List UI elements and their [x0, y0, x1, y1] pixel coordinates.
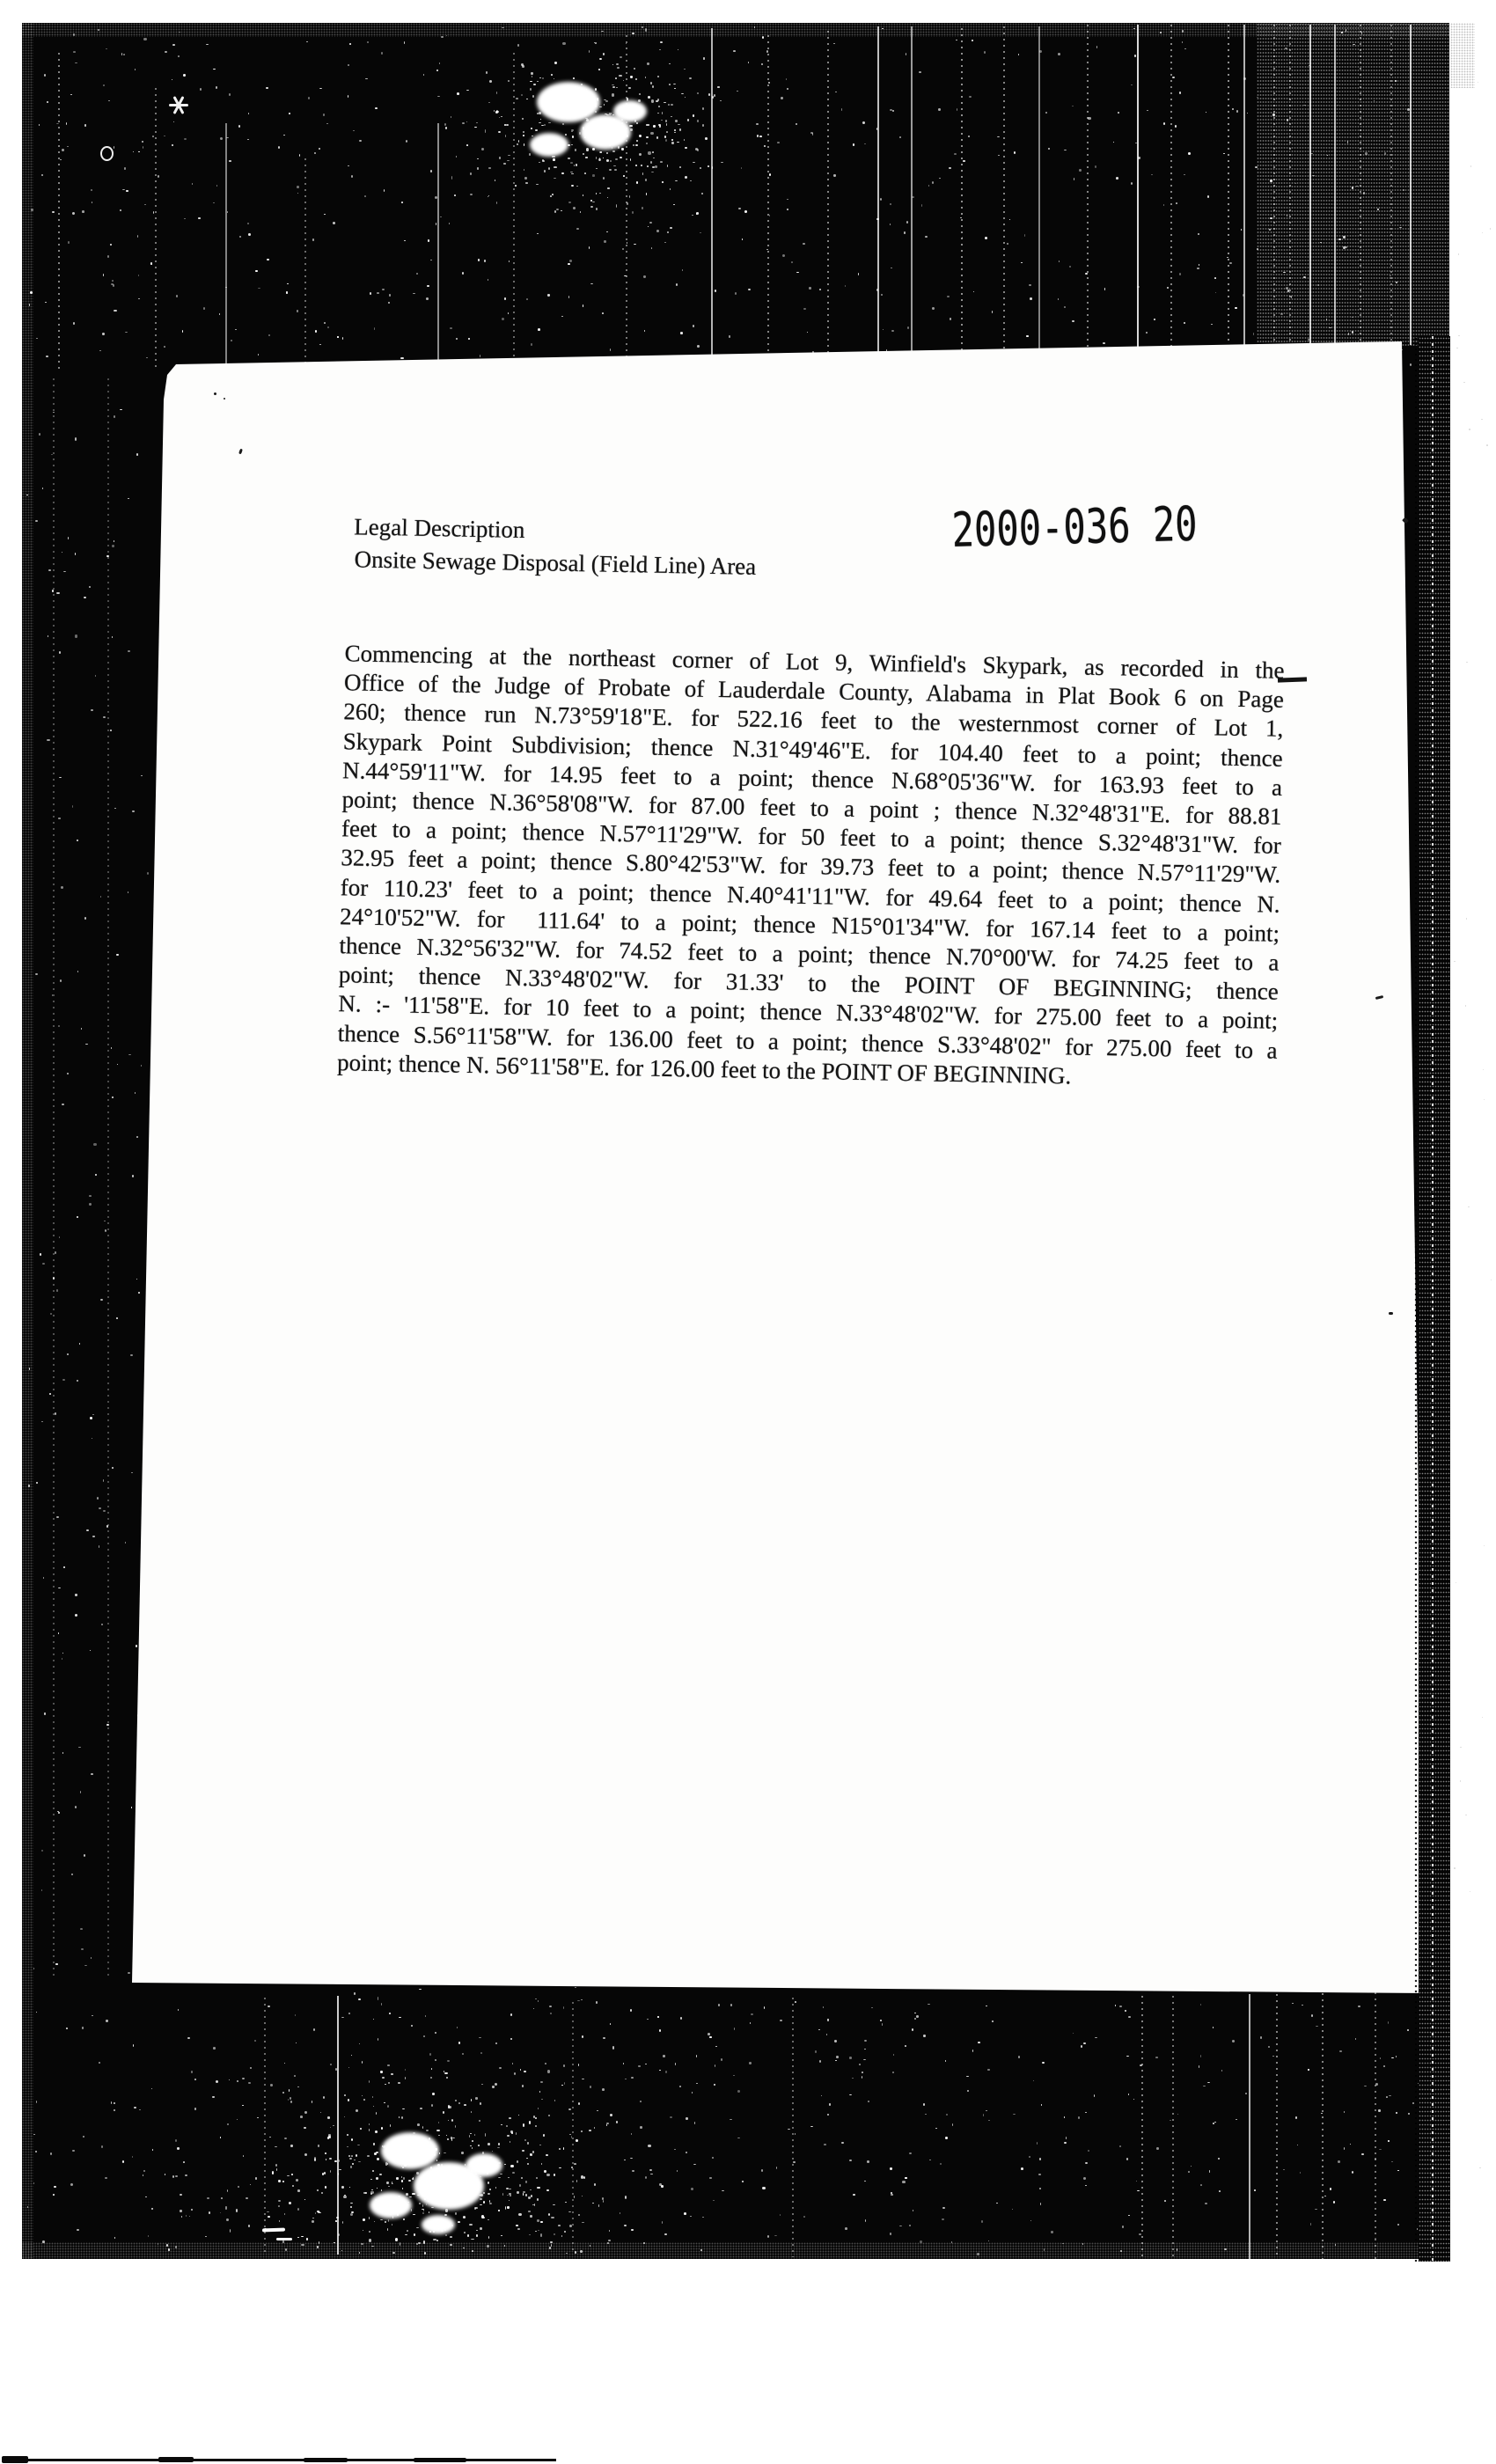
- noise-speck: [1458, 253, 1460, 255]
- grain-patch-top-right: [1257, 23, 1449, 347]
- noise-speck: [1454, 1867, 1456, 1869]
- noise-speck: [1490, 228, 1492, 230]
- grain-strip-left: [22, 23, 33, 2259]
- grain-strip-top: [22, 23, 1449, 37]
- noise-speck: [1479, 2167, 1481, 2169]
- noise-speck: [1478, 82, 1479, 84]
- noise-speck: [1483, 1069, 1485, 1071]
- noise-speck: [1482, 1717, 1484, 1719]
- page-content: Legal Description Onsite Sewage Disposal…: [333, 493, 1302, 593]
- noise-speck: [1465, 1815, 1467, 1816]
- noise-speck: [1460, 1747, 1462, 1749]
- noise-speck: [1482, 232, 1484, 234]
- scanned-photocopy: Legal Description Onsite Sewage Disposal…: [0, 0, 1496, 2464]
- scan-edge-band: [1419, 336, 1450, 2262]
- noise-speck: [1458, 335, 1460, 337]
- scan-bottom-line-segment: [2, 2456, 28, 2463]
- noise-speck: [1468, 1206, 1470, 1208]
- noise-speck: [1463, 382, 1465, 384]
- noise-speck: [1466, 918, 1468, 920]
- noise-speck: [1486, 444, 1488, 446]
- noise-speck: [1481, 419, 1483, 421]
- grain-strip-bottom: [22, 2242, 1449, 2260]
- noise-speck: [1469, 429, 1470, 430]
- noise-speck: [1484, 1099, 1485, 1101]
- noise-speck: [1460, 1780, 1462, 1782]
- noise-speck: [1470, 165, 1472, 167]
- scan-bottom-line: [2, 2459, 556, 2461]
- ring-noise-mark: [100, 146, 114, 161]
- noise-speck: [1465, 1005, 1467, 1007]
- legal-description-paragraph: Commencing at the northeast corner of Lo…: [337, 639, 1285, 1095]
- noise-speck: [1456, 348, 1458, 349]
- noise-speck: [1470, 1891, 1471, 1893]
- scan-bottom-line-segment: [414, 2458, 466, 2462]
- white-dash-mark: [276, 2238, 292, 2240]
- noise-speck: [1454, 961, 1456, 963]
- document-page: Legal Description Onsite Sewage Disposal…: [123, 333, 1443, 2000]
- noise-speck: [1456, 1582, 1457, 1584]
- grain-patch-right-edge: [1450, 23, 1475, 88]
- scan-bottom-line-segment: [158, 2457, 194, 2462]
- noise-speck: [1466, 662, 1468, 664]
- noise-speck: [1484, 1545, 1485, 1547]
- scan-bottom-line-segment: [304, 2458, 348, 2462]
- star-noise-mark: [169, 95, 188, 114]
- noise-speck: [1491, 1280, 1492, 1281]
